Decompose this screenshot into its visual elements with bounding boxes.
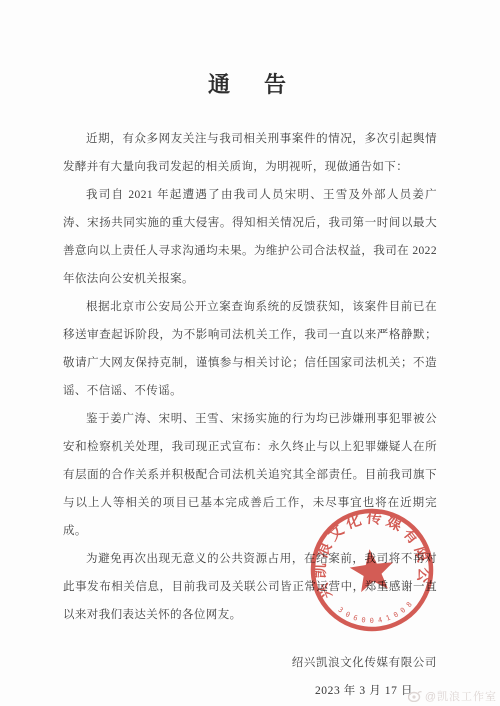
signature-company-name: 绍兴凯浪文化传媒有限公司: [292, 649, 437, 677]
document-title: 通 告: [63, 72, 437, 98]
weibo-eye-icon: [408, 690, 422, 702]
paragraph-intro: 近期，有众多网友关注与我司相关刑事案件的情况，多次引起舆情发酵并有大量向我司发起…: [63, 125, 437, 181]
paragraph-case-status: 根据北京市公安局公开立案查询系统的反馈获知，该案件目前已在移送审查起诉阶段，为不…: [63, 293, 437, 405]
watermark-handle: @凯浪工作室: [425, 688, 497, 704]
weibo-watermark: @凯浪工作室: [408, 688, 497, 704]
paragraph-background: 我司自 2021 年起遭遇了由我司人员宋明、王雪及外部人员姜广涛、宋扬共同实施的…: [63, 181, 437, 293]
signature-block: 绍兴凯浪文化传媒有限公司 2023 年 3 月 17 日: [63, 649, 437, 705]
paragraph-termination: 鉴于姜广涛、宋明、王雪、宋扬实施的行为均已涉嫌刑事犯罪被公安和检察机关处理，我司…: [63, 405, 437, 545]
document-body: 近期，有众多网友关注与我司相关刑事案件的情况，多次引起舆情发酵并有大量向我司发起…: [63, 125, 437, 629]
paragraph-closing: 为避免再次出现无意义的公共资源占用，在结案前，我司将不再对此事发布相关信息，目前…: [63, 545, 437, 629]
notice-document: 通 告 近期，有众多网友关注与我司相关刑事案件的情况，多次引起舆情发酵并有大量向…: [0, 0, 500, 706]
